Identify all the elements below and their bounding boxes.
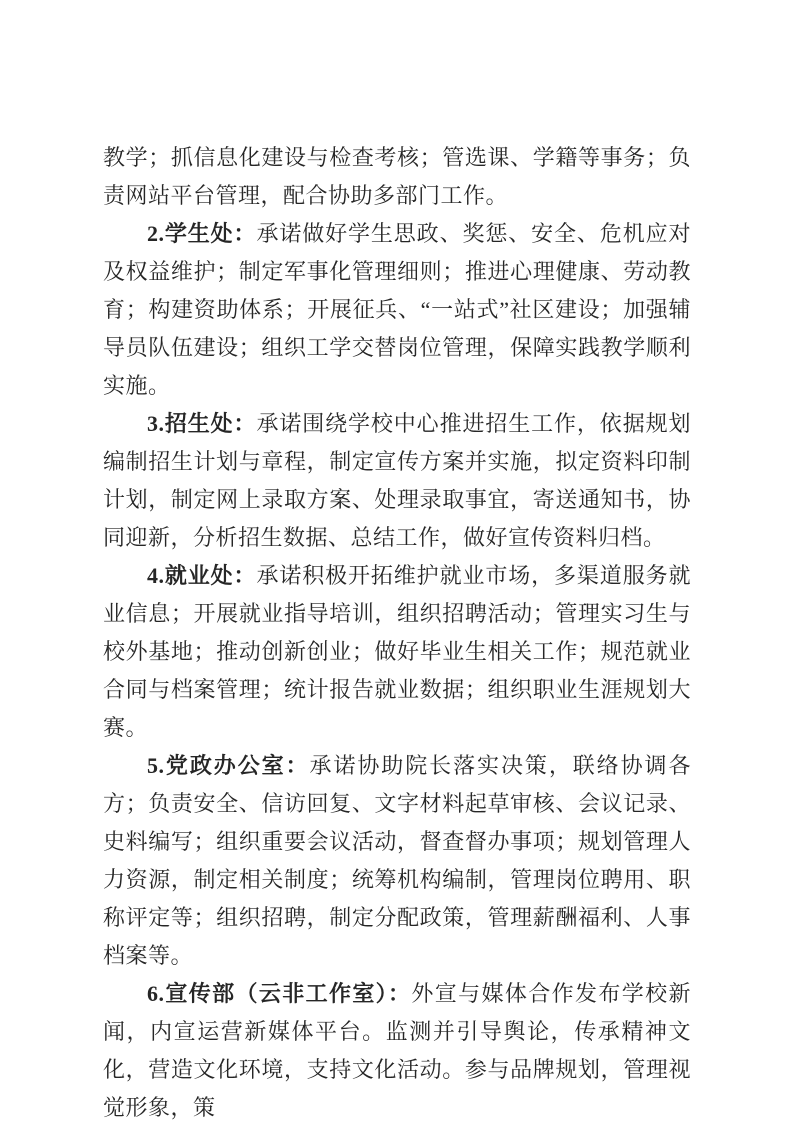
paragraph-head: 3.招生处：	[147, 411, 256, 436]
paragraph-head: 6.宣传部（云非工作室）：	[147, 981, 411, 1006]
document-text-block: 教学；抓信息化建设与检查考核；管选课、学籍等事务；负责网站平台管理，配合协助多部…	[103, 139, 691, 1122]
paragraph-body: 教学；抓信息化建设与检查考核；管选课、学籍等事务；负责网站平台管理，配合协助多部…	[103, 145, 691, 208]
paragraph-propaganda-dept: 6.宣传部（云非工作室）：外宣与媒体合作发布学校新闻，内宣运营新媒体平台。监测并…	[103, 975, 691, 1122]
paragraph-head: 2.学生处：	[147, 221, 256, 246]
paragraph-party-admin-office: 5.党政办公室：承诺协助院长落实决策，联络协调各方；负责安全、信访回复、文字材料…	[103, 747, 691, 975]
paragraph-student-affairs: 2.学生处：承诺做好学生思政、奖惩、安全、危机应对及权益维护；制定军事化管理细则…	[103, 215, 691, 405]
paragraph-body: 承诺协助院长落实决策，联络协调各方；负责安全、信访回复、文字材料起草审核、会议记…	[103, 753, 691, 968]
paragraph-head: 5.党政办公室：	[147, 753, 310, 778]
paragraph-body: 承诺积极开拓维护就业市场，多渠道服务就业信息；开展就业指导培训，组织招聘活动；管…	[103, 563, 691, 740]
document-page: 教学；抓信息化建设与检查考核；管选课、学籍等事务；负责网站平台管理，配合协助多部…	[0, 0, 793, 1122]
paragraph-admissions-office: 3.招生处：承诺围绕学校中心推进招生工作，依据规划编制招生计划与章程，制定宣传方…	[103, 405, 691, 557]
paragraph-continuation: 教学；抓信息化建设与检查考核；管选课、学籍等事务；负责网站平台管理，配合协助多部…	[103, 139, 691, 215]
paragraph-head: 4.就业处：	[147, 563, 256, 588]
paragraph-body: 承诺做好学生思政、奖惩、安全、危机应对及权益维护；制定军事化管理细则；推进心理健…	[103, 221, 691, 398]
paragraph-employment-office: 4.就业处：承诺积极开拓维护就业市场，多渠道服务就业信息；开展就业指导培训，组织…	[103, 557, 691, 747]
